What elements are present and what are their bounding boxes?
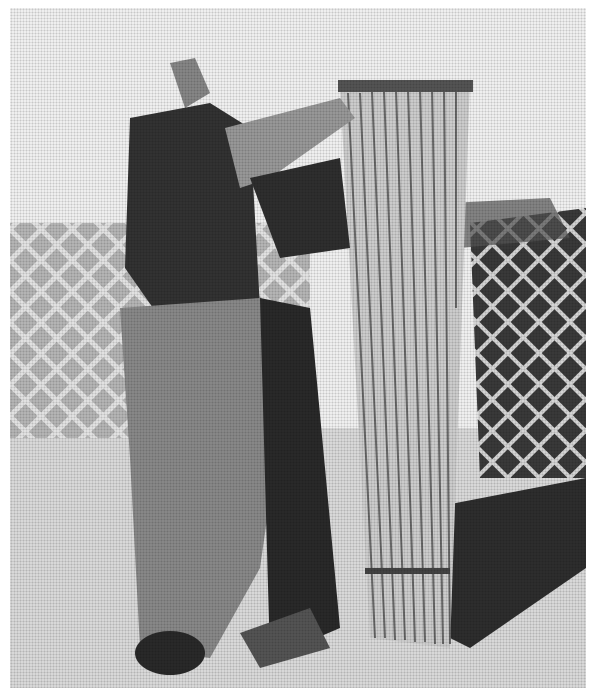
halftone-photograph xyxy=(10,8,586,688)
person xyxy=(120,58,355,675)
lattice-wall-right xyxy=(470,208,586,478)
photo-scene xyxy=(10,8,586,688)
